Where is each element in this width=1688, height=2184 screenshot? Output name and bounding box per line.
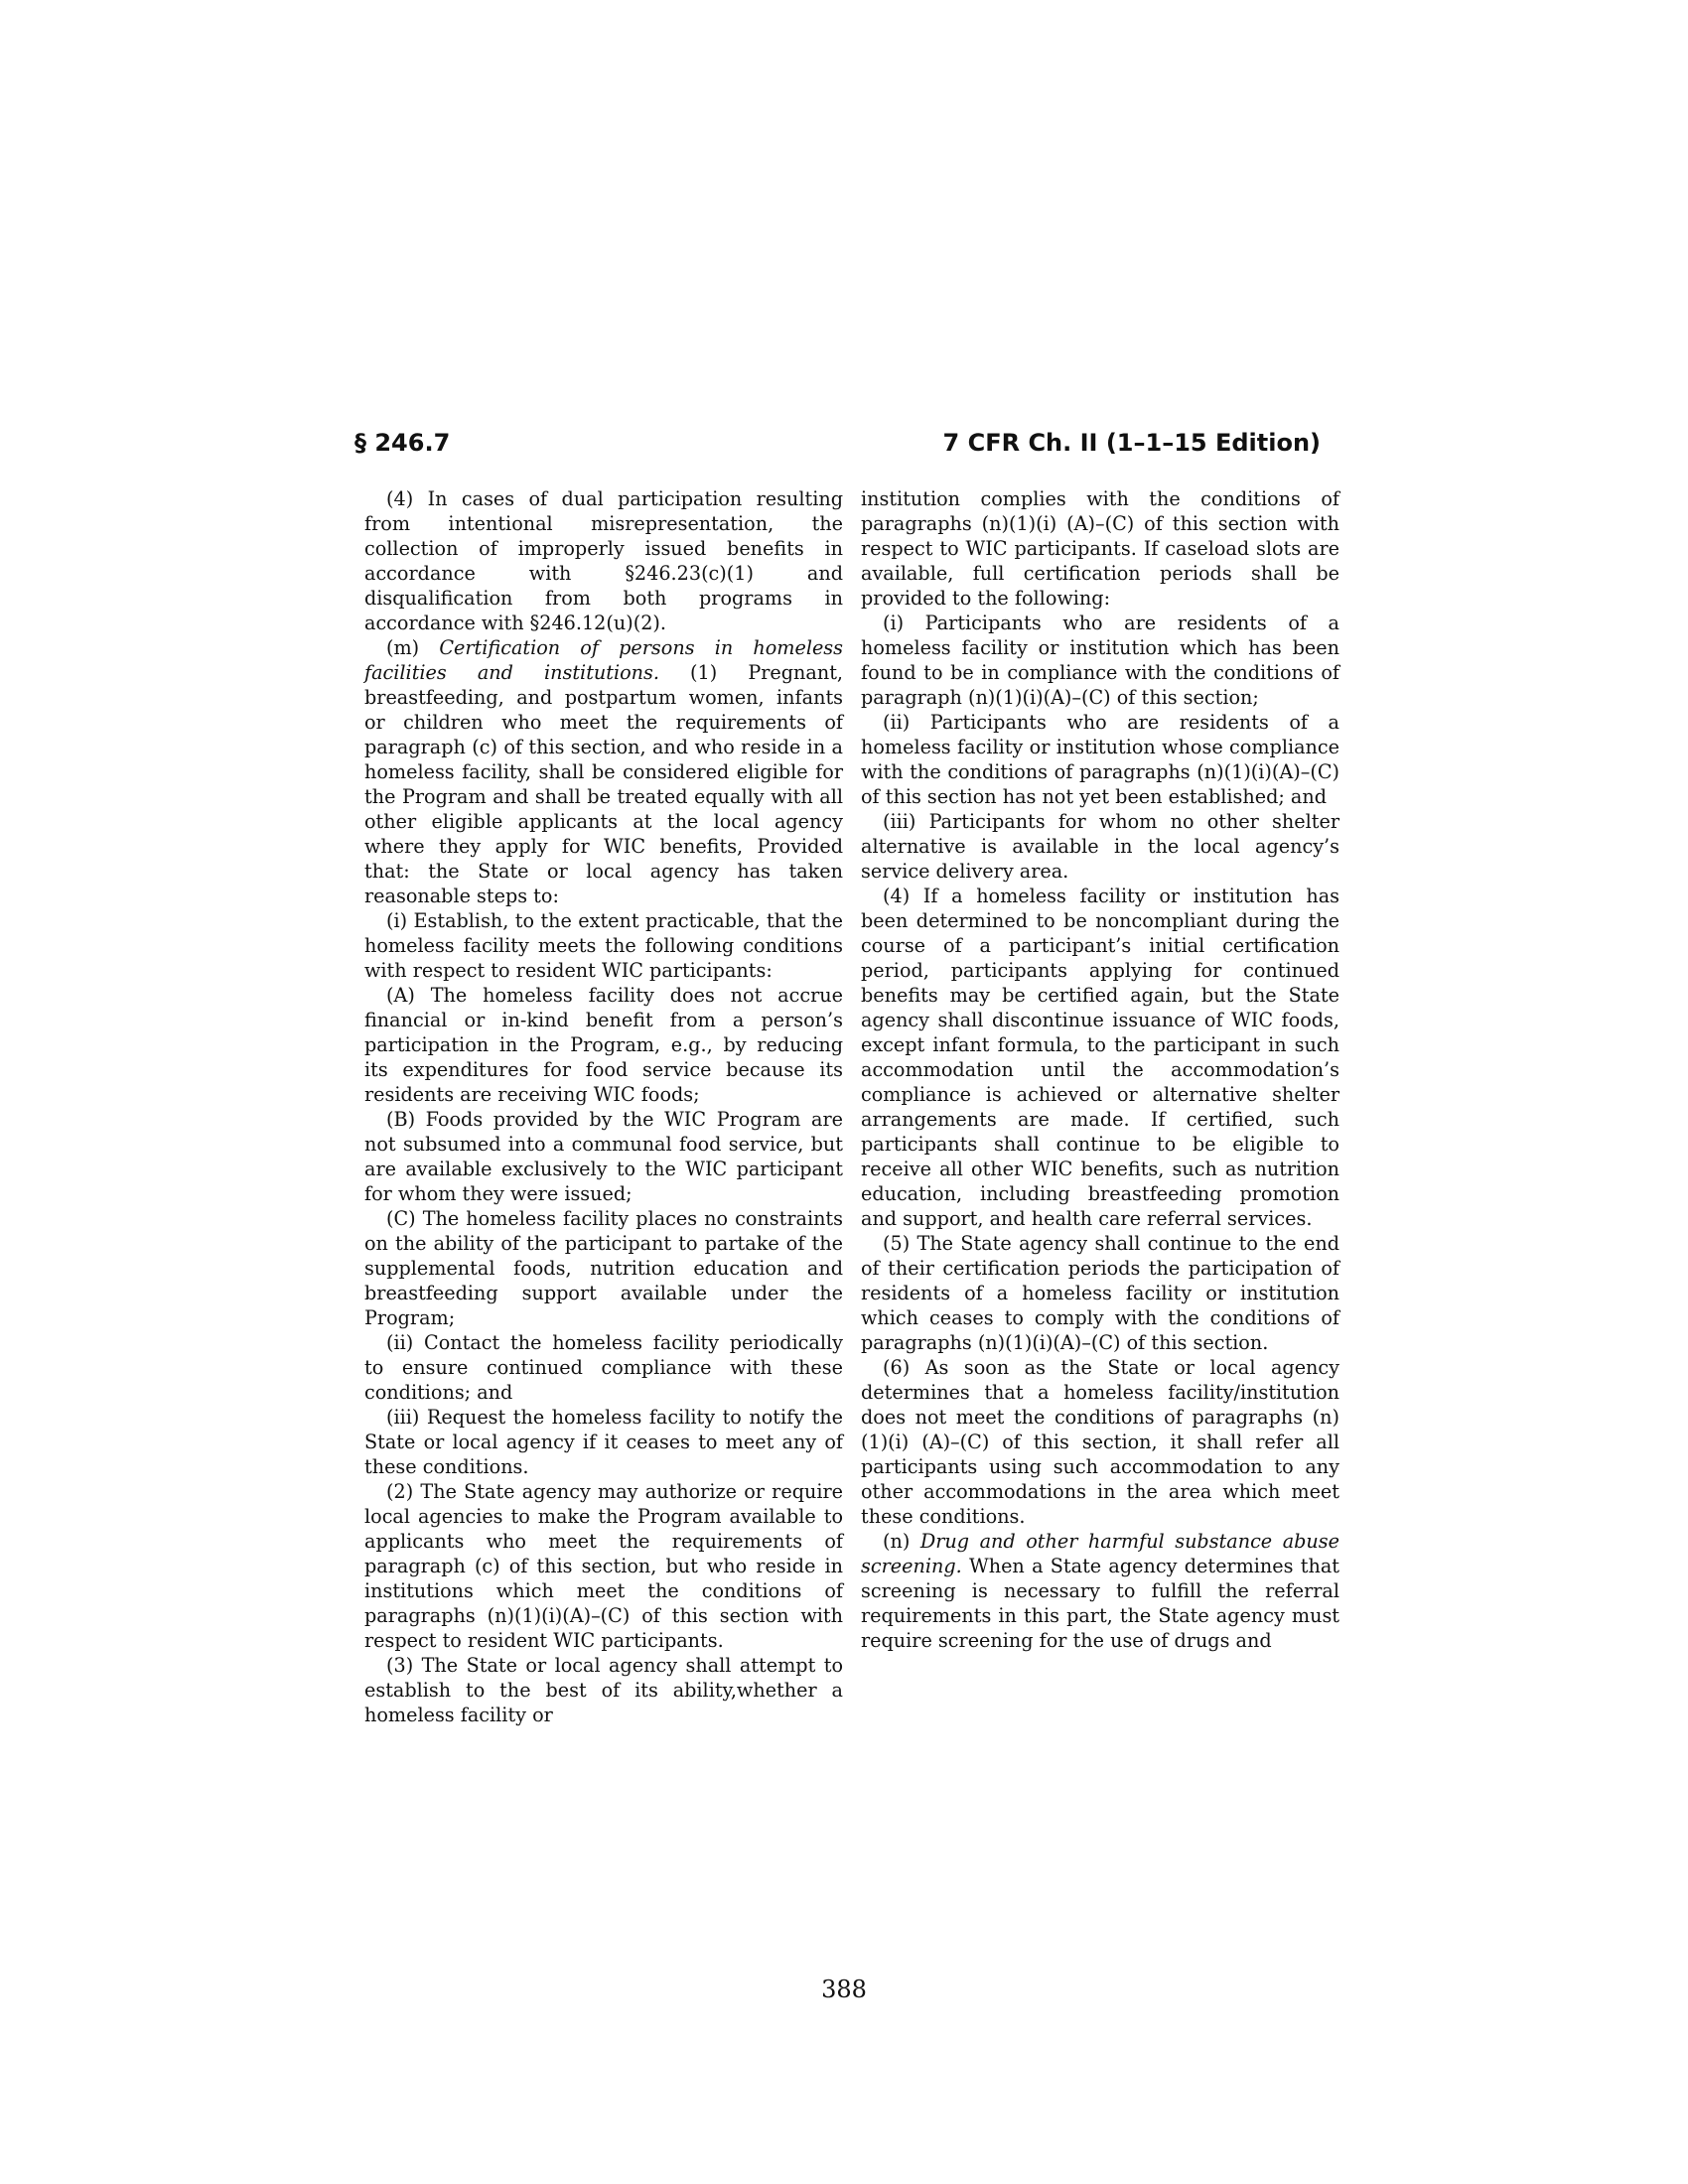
section-number: § 246.7 — [354, 429, 450, 457]
paragraph: (6) As soon as the State or local agency… — [861, 1355, 1339, 1529]
paragraph: (C) The homeless facility places no cons… — [364, 1206, 843, 1330]
paragraph-label: (n) — [883, 1530, 920, 1553]
paragraph: (4) If a homeless facility or institutio… — [861, 884, 1339, 1231]
paragraph-m-heading: (m) Certification of persons in homeless… — [364, 635, 843, 908]
paragraph: (i) Establish, to the extent practicable… — [364, 908, 843, 983]
paragraph: (5) The State agency shall continue to t… — [861, 1231, 1339, 1355]
paragraph: (3) The State or local agency shall atte… — [364, 1653, 843, 1727]
paragraph: (A) The homeless facility does not accru… — [364, 983, 843, 1107]
running-header-title: 7 CFR Ch. II (1–1–15 Edition) — [943, 429, 1321, 457]
paragraph-continuation: institution complies with the conditions… — [861, 486, 1339, 611]
paragraph-body: (1) Pregnant, breastfeeding, and postpar… — [364, 661, 843, 907]
paragraph: (4) In cases of dual participation resul… — [364, 486, 843, 635]
paragraph-label: (m) — [386, 636, 439, 659]
paragraph: (iii) Request the homeless facility to n… — [364, 1405, 843, 1479]
page-number: 388 — [0, 1976, 1688, 2003]
paragraph: (iii) Participants for whom no other she… — [861, 809, 1339, 884]
paragraph: (2) The State agency may authorize or re… — [364, 1479, 843, 1653]
paragraph: (ii) Participants who are residents of a… — [861, 710, 1339, 809]
paragraph-n-heading: (n) Drug and other harmful substance abu… — [861, 1529, 1339, 1653]
paragraph: (B) Foods provided by the WIC Program ar… — [364, 1107, 843, 1206]
paragraph: (ii) Contact the homeless facility perio… — [364, 1330, 843, 1405]
right-column: institution complies with the conditions… — [861, 486, 1339, 1653]
left-column: (4) In cases of dual participation resul… — [364, 486, 843, 1727]
paragraph: (i) Participants who are residents of a … — [861, 611, 1339, 710]
